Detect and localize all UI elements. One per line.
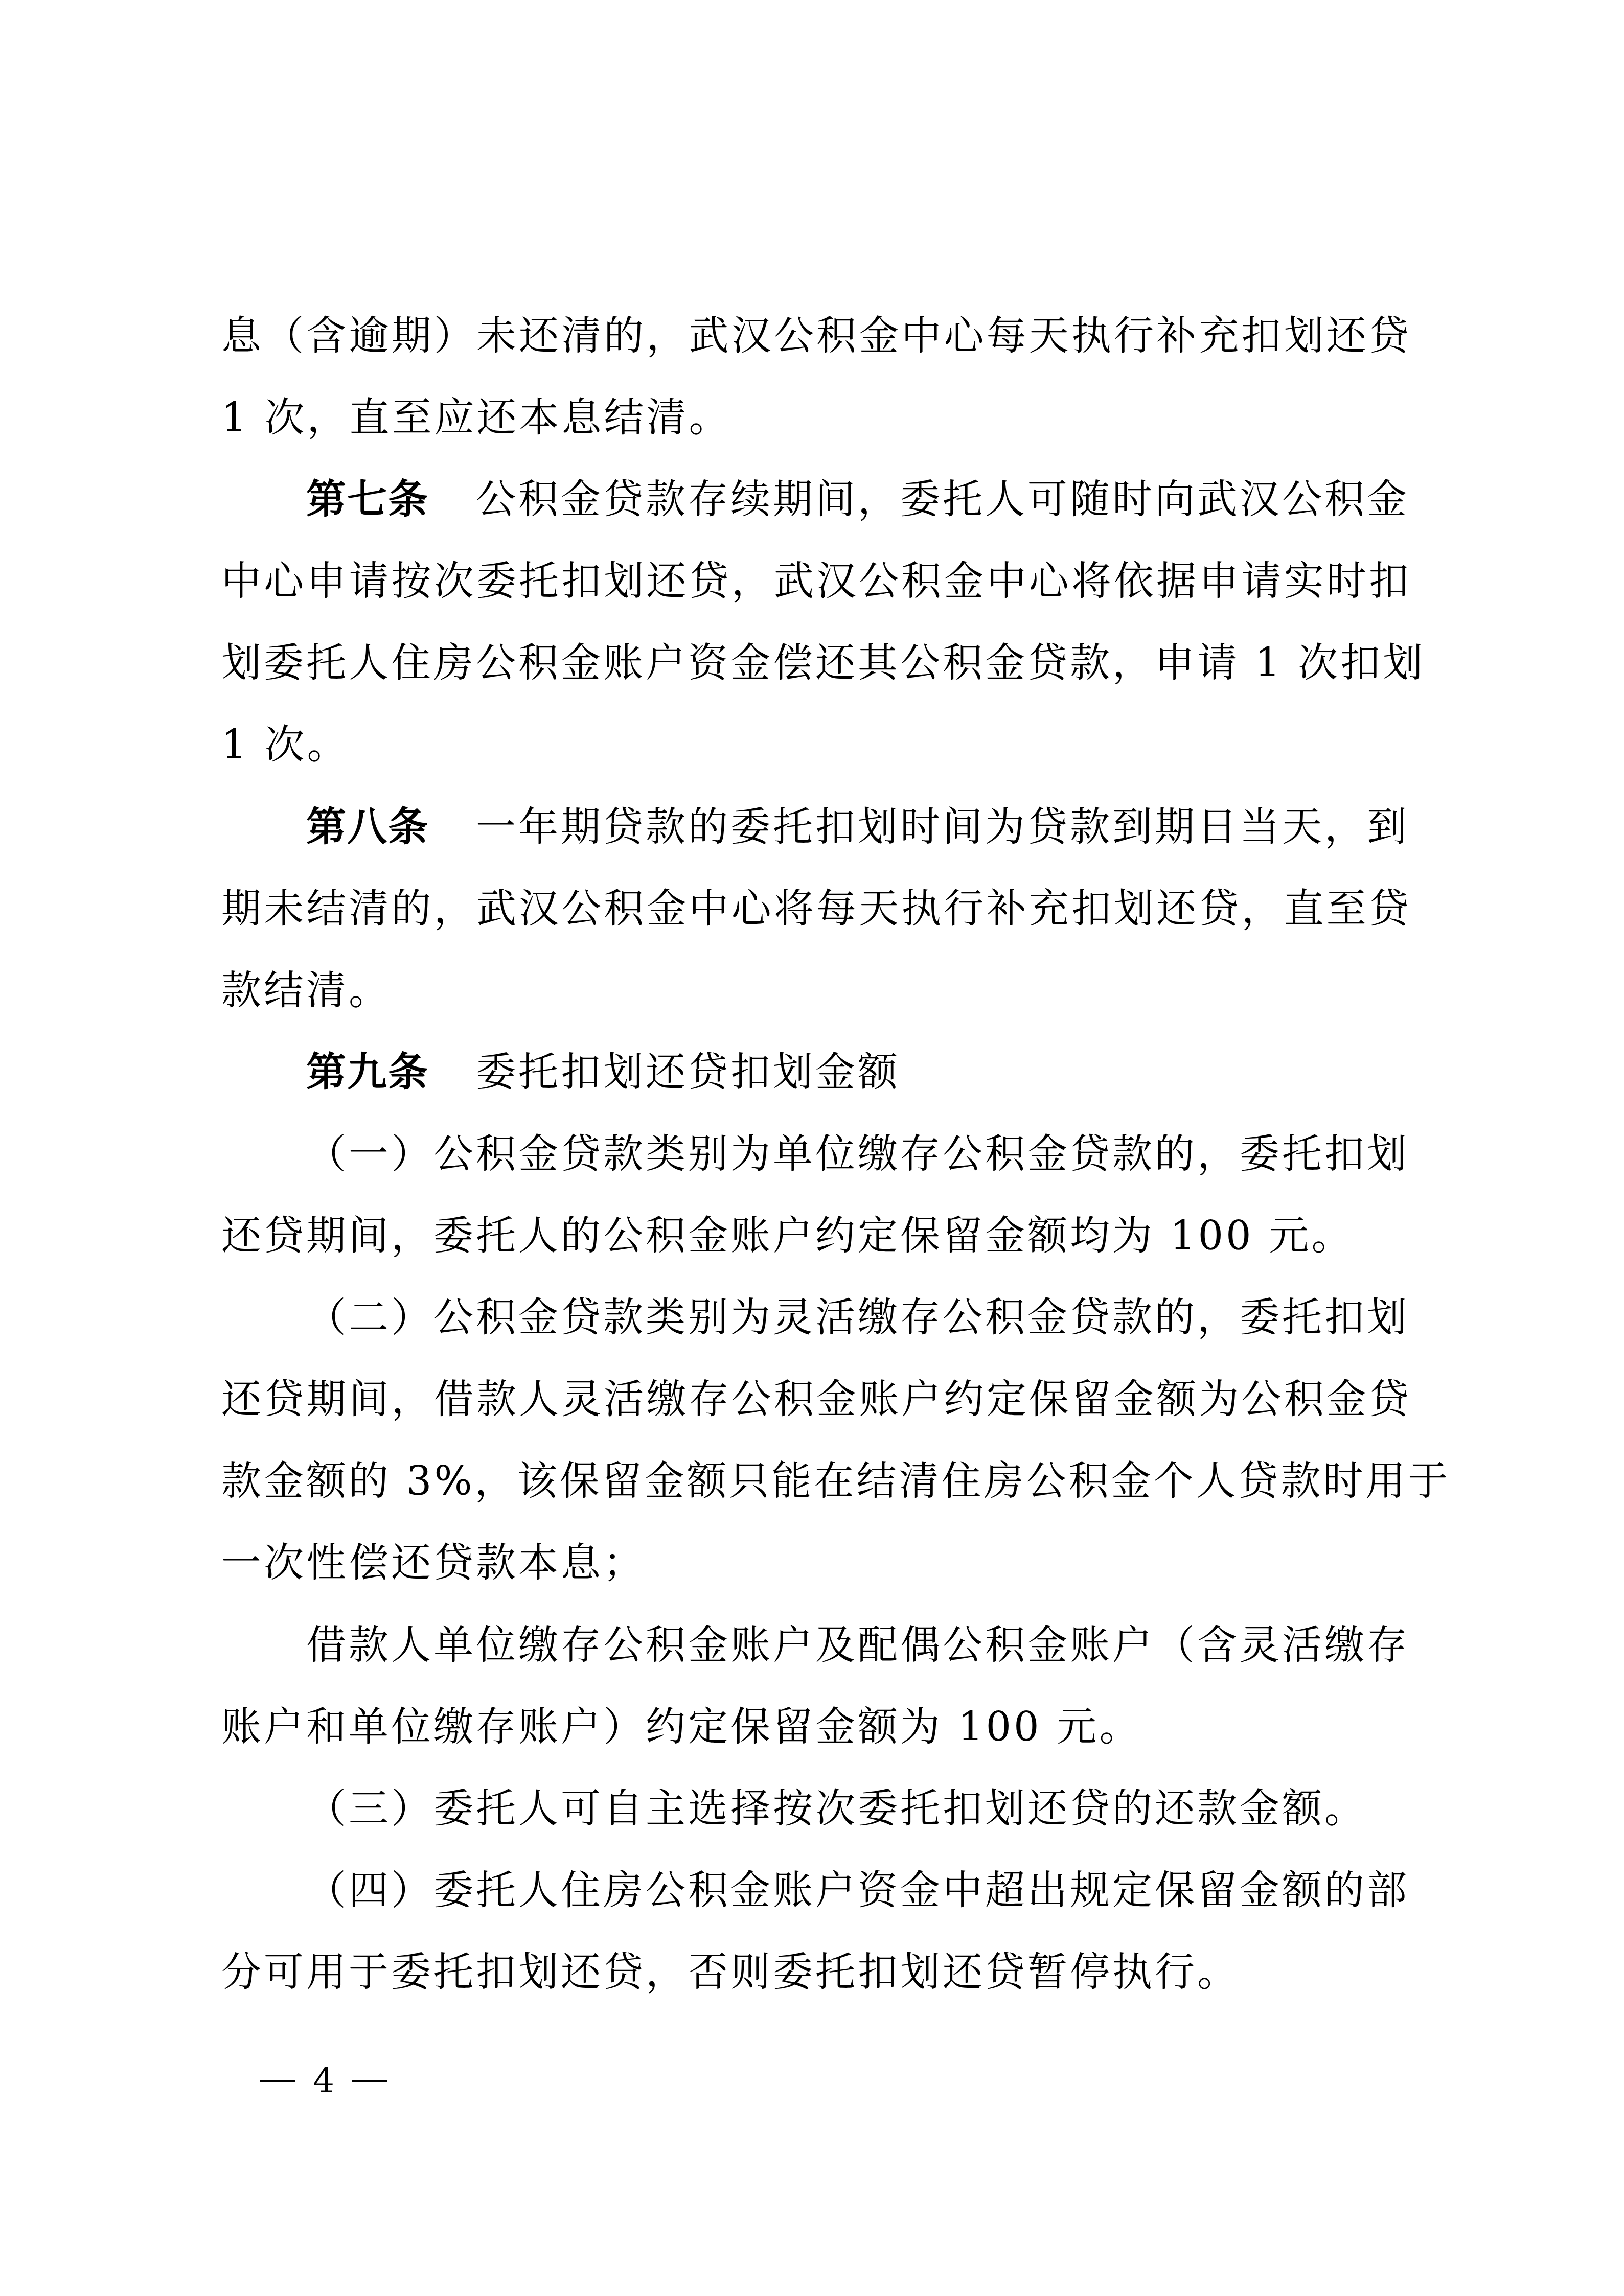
- article-9: 第九条委托扣划还贷扣划金额: [221, 1032, 1417, 1114]
- clause-2-para-2-line-1: 借款人单位缴存公积金账户及配偶公积金账户（含灵活缴存: [221, 1605, 1417, 1686]
- page-number-value: 4: [313, 2060, 334, 2101]
- article-heading: 第七条: [306, 477, 429, 523]
- clause-4-line-2: 分可用于委托扣划还贷，否则委托扣划还贷暂停执行。: [221, 1932, 1417, 2013]
- clause-2-line-2: 还贷期间，借款人灵活缴存公积金账户约定保留金额为公积金贷: [221, 1359, 1411, 1441]
- article-8: 第八条一年期贷款的委托扣划时间为贷款到期日当天，到: [221, 786, 1417, 868]
- page-number-right-dash: [352, 2080, 387, 2082]
- clause-2-para-2-line-2: 账户和单位缴存账户）约定保留金额为 100 元。: [221, 1686, 1417, 1768]
- clause-2-line-4: 一次性偿还贷款本息；: [221, 1522, 1417, 1604]
- text-line: 款结清。: [221, 950, 1417, 1032]
- clause-1-line-2: 还贷期间，委托人的公积金账户约定保留金额均为 100 元。: [221, 1195, 1417, 1277]
- text-line: 划委托人住房公积金账户资金偿还其公积金贷款，申请 1 次扣划: [221, 622, 1411, 704]
- text-line: 1 次。: [221, 704, 1417, 786]
- clause-2-line-3: 款金额的 3%，该保留金额只能在结清住房公积金个人贷款时用于: [221, 1441, 1411, 1522]
- clause-1-line-1: （一）公积金贷款类别为单位缴存公积金贷款的，委托扣划: [221, 1114, 1417, 1195]
- article-text: 一年期贷款的委托扣划时间为贷款到期日当天，到: [476, 804, 1409, 850]
- article-heading: 第八条: [306, 804, 429, 850]
- clause-3: （三）委托人可自主选择按次委托扣划还贷的还款金额。: [221, 1768, 1417, 1850]
- text-line: 中心申请按次委托扣划还贷，武汉公积金中心将依据申请实时扣: [221, 541, 1411, 622]
- article-text: 委托扣划还贷扣划金额: [476, 1050, 900, 1096]
- document-page: 息（含逾期）未还清的，武汉公积金中心每天执行补充扣划还贷 1 次，直至应还本息结…: [0, 0, 1624, 2296]
- document-body: 息（含逾期）未还清的，武汉公积金中心每天执行补充扣划还贷 1 次，直至应还本息结…: [221, 295, 1417, 2013]
- text-line: 1 次，直至应还本息结清。: [221, 377, 1417, 459]
- text-line: 息（含逾期）未还清的，武汉公积金中心每天执行补充扣划还贷: [221, 295, 1411, 377]
- article-heading: 第九条: [306, 1050, 429, 1096]
- page-number: 4: [260, 2060, 387, 2101]
- article-text: 公积金贷款存续期间，委托人可随时向武汉公积金: [476, 477, 1409, 523]
- article-7: 第七条公积金贷款存续期间，委托人可随时向武汉公积金: [221, 459, 1417, 541]
- clause-4-line-1: （四）委托人住房公积金账户资金中超出规定保留金额的部: [221, 1850, 1417, 1932]
- page-number-left-dash: [260, 2080, 295, 2082]
- clause-2-line-1: （二）公积金贷款类别为灵活缴存公积金贷款的，委托扣划: [221, 1277, 1417, 1359]
- text-line: 期未结清的，武汉公积金中心将每天执行补充扣划还贷，直至贷: [221, 868, 1411, 950]
